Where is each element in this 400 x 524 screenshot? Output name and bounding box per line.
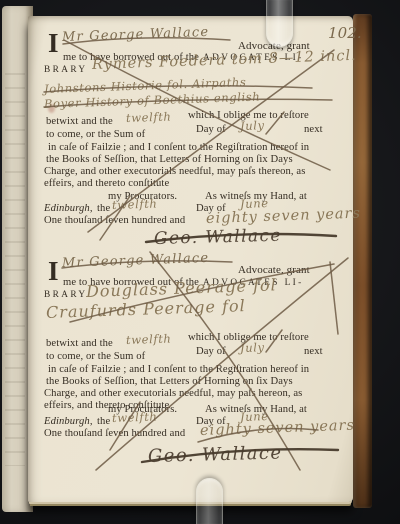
- printed-failzie-1b: in caſe of Failzie ; and I conſent to th…: [48, 364, 309, 375]
- entry1-signed-day: twelfth: [112, 196, 158, 212]
- entry2-signed-day: twelfth: [112, 409, 158, 425]
- printed-effeirs: effeirs, and thereto conſtitute: [44, 178, 169, 189]
- printed-advocate-grant-2: Advocate, grant: [238, 264, 310, 276]
- entry2-dropcap-initial: I: [48, 258, 59, 285]
- entry1-signed-year: eighty seven years: [206, 206, 361, 227]
- book-cover-leather-edge: [353, 14, 372, 508]
- entry1-due-day: twelfth: [126, 109, 172, 125]
- showthrough-text-ghost: [5, 66, 25, 466]
- printed-library-cont-2: BRARY: [44, 290, 88, 300]
- printed-day-of: Day of: [196, 124, 226, 135]
- printed-charge-line-2: Charge, and other executorials needful, …: [44, 388, 302, 399]
- entry2-due-day: twelfth: [126, 331, 172, 347]
- printed-day-of-3: Day of: [196, 346, 226, 357]
- entry2-due-month: July: [240, 340, 265, 355]
- printed-edinburgh: Edinburgh,: [44, 203, 93, 214]
- printed-failzie-2: the Books of Seſſion, that Letters of Ho…: [46, 154, 293, 165]
- printed-to-come-2: to come, or the Sum of: [46, 351, 145, 362]
- entry1-dropcap-initial: I: [48, 30, 59, 57]
- printed-failzie-2b: the Books of Seſſion, that Letters of Ho…: [46, 376, 293, 387]
- printed-next: next: [304, 124, 323, 135]
- printed-library-cont: BRARY: [44, 65, 88, 75]
- entry1-signature: Geo. Wallace: [154, 226, 282, 249]
- printed-betwixt-2: betwixt and the: [46, 338, 113, 349]
- printed-the: the: [97, 203, 110, 214]
- printed-edinburgh-2: Edinburgh,: [44, 416, 93, 427]
- printed-betwixt: betwixt and the: [46, 116, 113, 127]
- printed-one-thousand-2: One thouſand ſeven hundred and: [44, 428, 185, 439]
- entry2-signature: Geo. Wallace: [148, 442, 283, 467]
- printed-next-2: next: [304, 346, 323, 357]
- entry1-due-month: July: [240, 118, 265, 133]
- printed-the-2: the: [97, 416, 110, 427]
- printed-one-thousand: One thouſand ſeven hundred and: [44, 215, 185, 226]
- page-holder-strap-bottom: [196, 478, 223, 524]
- printed-failzie-1: in caſe of Failzie ; and I conſent to th…: [48, 142, 309, 153]
- page-holder-strap-top: [266, 0, 293, 47]
- photographed-library-register: { "folio_number": "102.", "form": { "ini…: [0, 0, 400, 524]
- printed-charge-line: Charge, and other executorials needful, …: [44, 166, 305, 177]
- entry1-borrower-handwritten: Mr George Wallace: [62, 25, 210, 45]
- register-page: 102. I Mr George Wallace Advocate, grant…: [28, 16, 353, 502]
- entry2-borrower-handwritten: Mr George Wallace: [62, 251, 210, 271]
- folio-number: 102.: [328, 24, 362, 42]
- printed-to-come: to come, or the Sum of: [46, 129, 145, 140]
